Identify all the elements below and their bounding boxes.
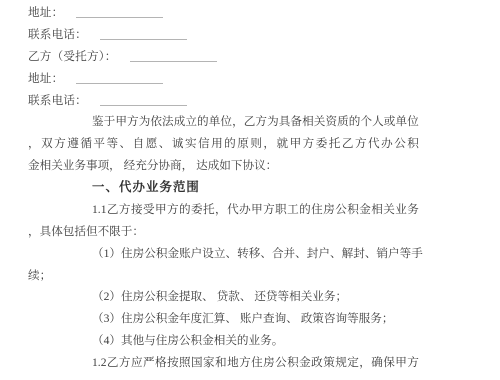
preamble-line-2: ，双方遵循平等、自愿、诚实信用的原则，就甲方委托乙方代办公积 <box>28 133 419 155</box>
blank-underline <box>130 50 217 62</box>
item-2-line: （2）住房公积金提取、 贷款、 还贷等相关业务； <box>28 286 419 308</box>
clause-1-1-line-2: ，具体包括但不限于： <box>28 221 419 243</box>
blank-underline <box>100 94 187 106</box>
item-1-line-1: （1）住房公积金账户设立、转移、合并、封户、解封、销户等手 <box>28 243 419 265</box>
blank-underline <box>100 28 187 40</box>
doc-content: 地址：联系电话：乙方（受托方）：地址：联系电话：鉴于甲方为依法成立的单位，乙方为… <box>28 2 419 374</box>
party-a-phone-field: 联系电话： <box>28 24 419 46</box>
section-1-heading: 一、代办业务范围 <box>28 177 419 199</box>
preamble-line-1: 鉴于甲方为依法成立的单位，乙方为具备相关资质的个人或单位 <box>28 111 419 133</box>
blank-underline <box>76 6 163 18</box>
party-b-phone-field: 联系电话： <box>28 90 419 112</box>
party-a-address-field: 地址： <box>28 2 419 24</box>
preamble-line-3: 金相关业务事项， 经充分协商， 达成如下协议： <box>28 155 419 177</box>
item-4-line: （4）其他与住房公积金相关的业务。 <box>28 330 419 352</box>
clause-1-2-line-1: 1.2乙方应严格按照国家和地方住房公积金政策规定，确保甲方 <box>28 352 419 374</box>
field-label: 地址： <box>28 72 63 85</box>
blank-underline <box>76 72 163 84</box>
field-label: 联系电话： <box>28 94 87 107</box>
field-label: 地址： <box>28 6 63 19</box>
document-page: 地址：联系电话：乙方（受托方）：地址：联系电话：鉴于甲方为依法成立的单位，乙方为… <box>0 0 500 380</box>
party-b-field: 乙方（受托方）： <box>28 46 419 68</box>
field-label: 乙方（受托方）： <box>28 50 117 63</box>
item-1-line-2: 续； <box>28 265 419 287</box>
field-label: 联系电话： <box>28 28 87 41</box>
party-b-address-field: 地址： <box>28 68 419 90</box>
clause-1-1-line-1: 1.1乙方接受甲方的委托，代办甲方职工的住房公积金相关业务 <box>28 199 419 221</box>
item-3-line: （3）住房公积金年度汇算、 账户查询、 政策咨询等服务； <box>28 308 419 330</box>
